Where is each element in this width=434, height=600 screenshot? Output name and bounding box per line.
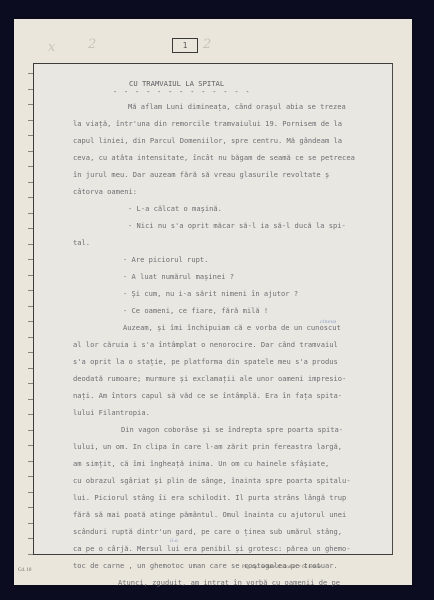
text-line: nați. Am întors capul să văd ce se întâm… — [73, 391, 342, 401]
document-title: CU TRAMVAIUL LA SPITAL — [129, 79, 224, 88]
text-line: s'a oprit la o stație, pe platforma din … — [73, 357, 338, 367]
text-line: în jurul meu. Dar auzeam fără să vreau g… — [73, 170, 329, 180]
page-number: 1 — [183, 41, 188, 50]
text-line: fără să mai poată atinge pământul. Omul … — [73, 510, 346, 520]
text-line: deodată rumoare; murmure și exclamații a… — [73, 374, 346, 384]
text-line: Mă aflam Luni dimineața, când orașul abi… — [128, 102, 346, 112]
text-line: - A luat numărul mașinei ? — [123, 272, 234, 282]
text-line: lului Filantropia. — [73, 408, 150, 418]
text-line: am simțit, că îmi îngheață inima. Un om … — [73, 459, 329, 469]
text-line: - Ce oameni, ce fiare, fără milă ! — [123, 306, 268, 316]
text-line: capul liniei, din Parcul Domeniilor, spr… — [73, 136, 342, 146]
text-line: câtorva oameni: — [73, 187, 137, 197]
title-underline: - - - - - - - - - - - - - — [113, 88, 251, 96]
footer-code: Cd. 10 — [18, 568, 31, 573]
text-line: cu obrazul sgâriat și plin de sânge, îna… — [73, 476, 351, 486]
text-line: al lor căruia i s'a întâmplat o nenoroci… — [73, 340, 338, 350]
text-line: - L-a călcat o mașină. — [128, 204, 222, 214]
text-line: tal. — [73, 238, 90, 248]
text-line: lului, un om. In clipa în care l-am zări… — [73, 442, 342, 452]
handwritten-annotation: cineva — [320, 319, 336, 325]
text-line: Din vagon coborâse și se îndrepta spre p… — [121, 425, 343, 435]
text-line: - Și cum, nu i-a sărit nimeni în ajutor … — [123, 289, 298, 299]
page-number-box: 1 — [172, 38, 198, 53]
pencil-mark: x — [48, 40, 55, 55]
text-line: ceva, cu atâta intensitate, încât nu băg… — [73, 153, 355, 163]
handwritten-annotation: ii-a — [170, 538, 178, 544]
text-line: ca pe o cârjă. Mersul lui era penibil și… — [73, 544, 351, 554]
text-line: - Are piciorul rupt. — [123, 255, 208, 265]
text-line: - Nici nu s'a oprit măcar să-l ia să-l d… — [128, 221, 346, 231]
footer-note: Pag. tip.: se bate 31 rânduri × 65 semne — [242, 565, 321, 570]
text-line: Atunci, zguduit, am intrat în vorbă cu o… — [118, 578, 340, 588]
text-line: la viață, într'una din remorcile tramvai… — [73, 119, 342, 129]
pencil-mark: 2 — [203, 37, 211, 52]
pencil-mark: 2 — [88, 37, 96, 52]
text-line: Auzeam, și îmi închipuiam că e vorba de … — [123, 323, 341, 333]
text-line: lui. Piciorul stâng îi era schilodit. Il… — [73, 493, 346, 503]
text-line: scânduri ruptă dintr'un gard, pe care o … — [73, 527, 342, 537]
